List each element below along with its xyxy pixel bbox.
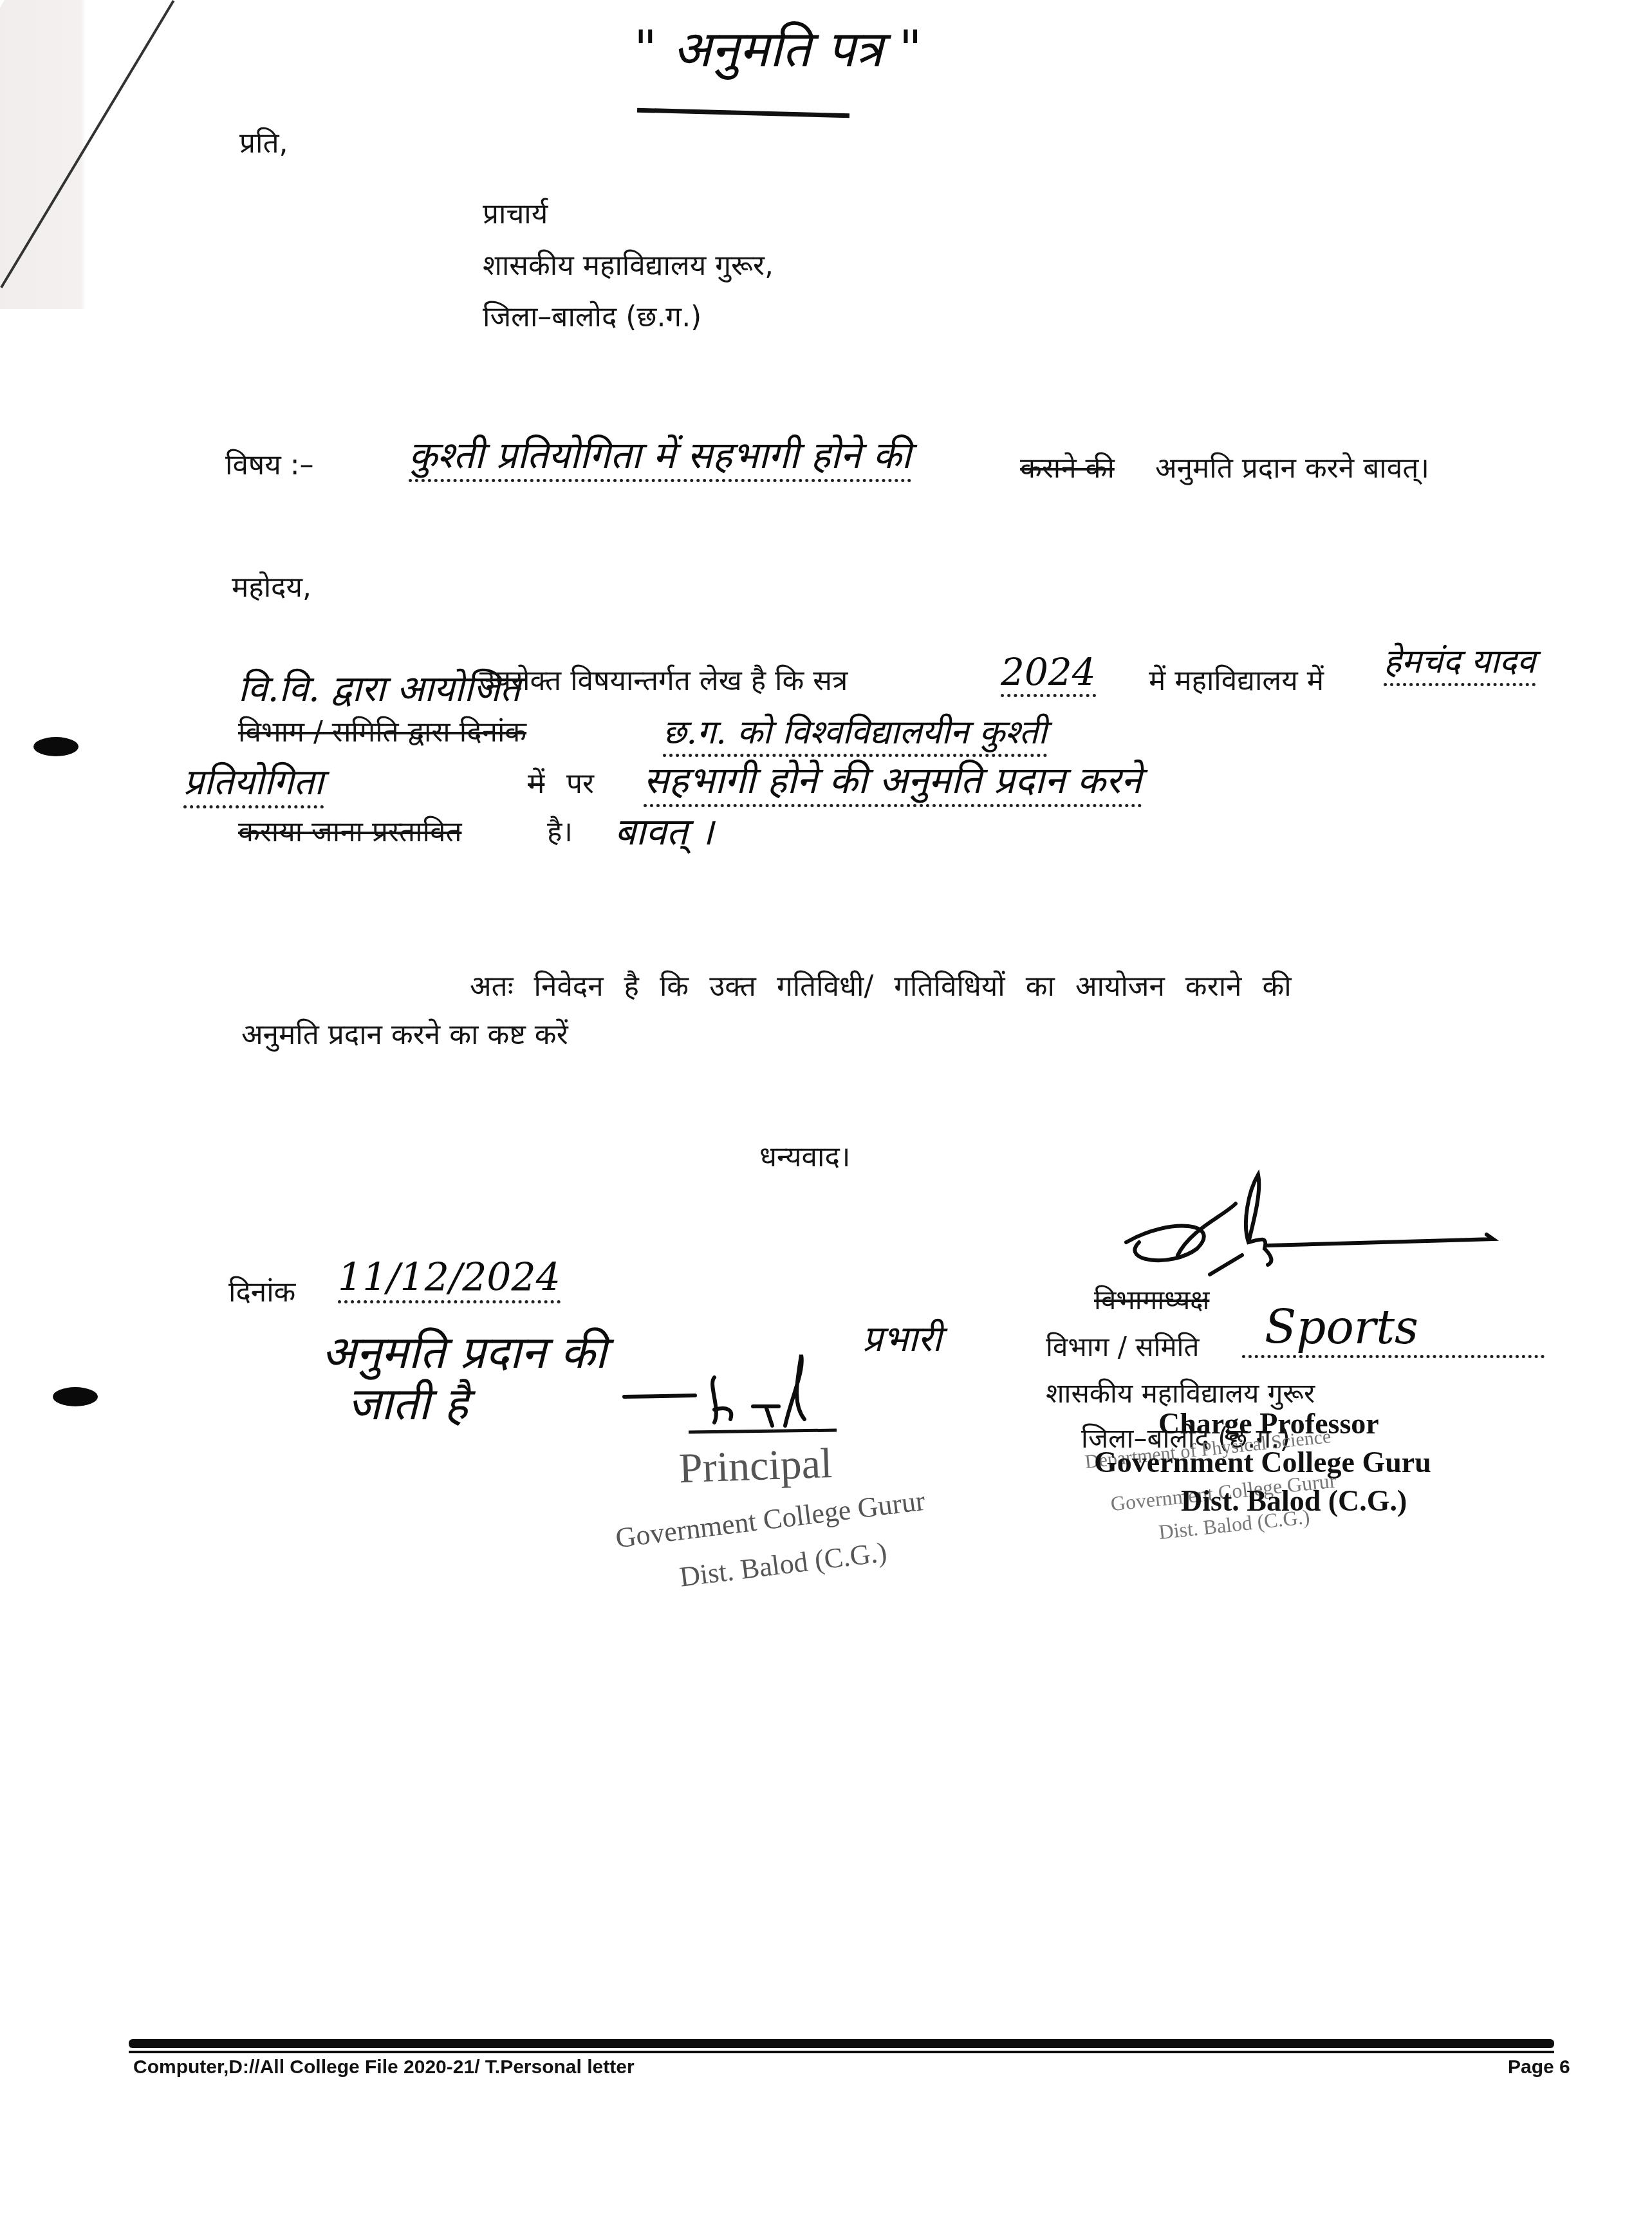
principal-stamp-line2: Dist. Balod (C.G.) bbox=[678, 1535, 889, 1593]
request-line2: अनुमति प्रदान करने का कष्ट करें bbox=[241, 1014, 568, 1052]
addressee-designation: प्राचार्य bbox=[483, 193, 548, 232]
hod-department-value: Sports bbox=[1265, 1300, 1418, 1354]
hod-label-struck: विभागाध्यक्ष bbox=[1094, 1281, 1209, 1318]
body-line3-struck: में bbox=[528, 763, 544, 801]
body-line4-struck: कराया जाना प्रस्तावित bbox=[238, 811, 462, 850]
principal-note-line2: जाती है bbox=[348, 1371, 469, 1433]
subject-fill: कुश्ती प्रतियोगिता में सहभागी होने की bbox=[409, 428, 911, 482]
college-name-handwritten: हेमचंद यादव bbox=[1384, 637, 1536, 686]
principal-stamp-title: Principal bbox=[678, 1439, 833, 1493]
body-line3-printed: पर bbox=[566, 763, 594, 801]
date-label: दिनांक bbox=[228, 1271, 295, 1310]
punch-hole-top bbox=[33, 737, 79, 756]
hod-stamp-line2: Dist. Balod (C.G.) bbox=[1181, 1484, 1407, 1518]
document-title: " अनुमति पत्र " bbox=[634, 13, 922, 81]
request-line1: अतः निवेदन है कि उक्त गतिविधी/ गतिविधियो… bbox=[470, 965, 1292, 1004]
body-line4-printed: है। bbox=[547, 811, 573, 850]
hod-department-dotline bbox=[1242, 1355, 1545, 1358]
hod-stamp-title: Charge Professor bbox=[1158, 1406, 1379, 1441]
salutation: महोदय, bbox=[232, 566, 311, 605]
body-line3-handwritten-a: प्रतियोगिता bbox=[183, 756, 324, 808]
body-handwritten-prefix: वि.वि. द्वारा आयोजित bbox=[238, 663, 521, 712]
body-line2-struck: विभाग / समिति द्वारा दिनांक bbox=[238, 711, 526, 750]
punch-hole-bottom bbox=[53, 1387, 98, 1406]
hod-stamp-line1: Government College Guru bbox=[1094, 1445, 1431, 1479]
addressee-district: जिला–बालोद (छ.ग.) bbox=[483, 296, 701, 335]
principal-incharge-word: प्रभारी bbox=[862, 1313, 942, 1362]
subject-struck-text: कराने की bbox=[1020, 447, 1115, 486]
subject-handwritten: कुश्ती प्रतियोगिता में सहभागी होने की bbox=[409, 428, 911, 482]
principal-signature bbox=[618, 1345, 849, 1442]
body-line1-b: में महाविद्यालय में bbox=[1149, 660, 1324, 698]
body-line1-a: उपरोक्त विषयान्तर्गत लेख है कि सत्र bbox=[479, 660, 848, 698]
footer-page-number: Page 6 bbox=[1508, 2056, 1570, 2078]
subject-tail: अनुमति प्रदान करने बावत्। bbox=[1155, 447, 1429, 486]
session-year: 2024 bbox=[1001, 650, 1096, 697]
subject-label: विषय :– bbox=[225, 444, 314, 483]
body-line2-handwritten: छ.ग. को विश्वविद्यालयीन कुश्ती bbox=[663, 708, 1047, 757]
date-value: 11/12/2024 bbox=[338, 1255, 561, 1303]
footer-rule-thick bbox=[129, 2039, 1554, 2048]
to-label: प्रति, bbox=[239, 122, 288, 161]
body-line4-handwritten: बावत् । bbox=[615, 805, 714, 855]
footer-rule-thin bbox=[129, 2051, 1554, 2053]
addressee-institution: शासकीय महाविद्यालय गुरूर, bbox=[483, 245, 774, 283]
hod-department-label: विभाग / समिति bbox=[1046, 1328, 1199, 1365]
body-line3-handwritten-b: सहभागी होने की अनुमति प्रदान करने bbox=[644, 753, 1142, 807]
title-underline bbox=[637, 108, 849, 118]
footer-file-path: Computer,D://All College File 2020-21/ T… bbox=[133, 2056, 635, 2078]
hod-signature bbox=[1094, 1165, 1506, 1294]
hod-institution: शासकीय महाविद्यालय गुरूर bbox=[1046, 1374, 1315, 1411]
closing: धन्यवाद। bbox=[759, 1136, 850, 1175]
